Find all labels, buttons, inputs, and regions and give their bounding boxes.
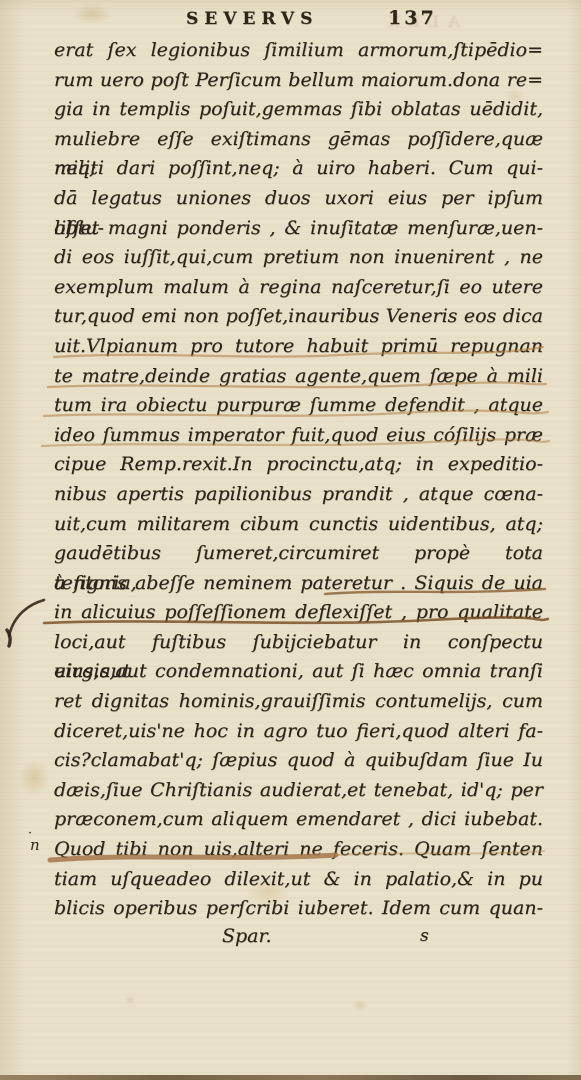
text-line-2: rum uero poſt Perſicum bellum maiorum.do…: [54, 66, 543, 96]
text-line-14: ideo ſummus imperator fuit,quod eius cóſ…: [54, 421, 543, 451]
signature-mark: s: [420, 926, 429, 946]
text-line-23: ret dignitas hominis,grauiſſimis contume…: [54, 687, 543, 717]
text-line-18: gaudētibus ſumeret,circumiret propè tota…: [54, 539, 543, 569]
text-block: erat ſex legionibus ſimilium armorum,ſti…: [54, 36, 543, 924]
text-line-29: tiam uſqueadeo dilexit,ut & in palatio,&…: [54, 865, 543, 895]
page-bottom-edge: [0, 1075, 581, 1080]
text-line-3: gia in templis poſuit,gemmas ſibi oblata…: [54, 95, 543, 125]
text-line-15: cipue Remp.rexit.In procinctu,atq; in ex…: [54, 450, 543, 480]
text-line-9: exemplum malum à regina naſceretur,ſi eo…: [54, 273, 543, 303]
marginal-nota-letter: n: [30, 836, 40, 854]
running-title: SEVERVS: [186, 9, 318, 29]
catchword: Spar.: [222, 925, 272, 947]
text-line-10: tur,quod emi non poſſet,inauribus Veneri…: [54, 302, 543, 332]
text-line-7: liſſet magni ponderis , & inuſitatæ menſ…: [54, 214, 543, 244]
margin-comma: [7, 630, 10, 646]
text-line-24: diceret,uis'ne hoc in agro tuo fieri,quo…: [54, 717, 543, 747]
text-line-25: cis?clamabat'q; ſæpius quod à quibuſdam …: [54, 746, 543, 776]
text-line-13: tum ira obiectu purpuræ ſumme defendit ,…: [54, 391, 543, 421]
text-line-17: uit,cum militarem cibum cunctis uidentib…: [54, 510, 543, 540]
text-line-27: præconem,cum aliquem emendaret , dici iu…: [54, 805, 543, 835]
text-line-1: erat ſex legionibus ſimilium armorum,ſti…: [54, 36, 543, 66]
text-line-20: in alicuius poſſeſſionem deflexiſſet , p…: [54, 598, 543, 628]
text-line-11: uit.Vlpianum pro tutore habuit primū rep…: [54, 332, 543, 362]
margin-flourish: [9, 600, 44, 636]
text-line-8: di eos iuſſit,qui,cum pretium non inueni…: [54, 243, 543, 273]
text-line-19: à ſignis abeſſe neminem pateretur . Siqu…: [54, 569, 543, 599]
text-line-16: nibus apertis papilionibus prandit , atq…: [54, 480, 543, 510]
text-line-21: loci,aut fuſtibus ſubijciebatur in conſp…: [54, 628, 543, 658]
text-line-22: uirgis,aut condemnationi, aut ſi hæc omn…: [54, 657, 543, 687]
text-line-28: Quod tibi non uis,alteri ne feceris. Qua…: [54, 835, 543, 865]
text-line-4: muliebre eſſe exiſtimans gēmas poſſidere…: [54, 125, 543, 155]
text-line-30: blicis operibus perſcribi iuberet. Idem …: [54, 894, 543, 924]
text-line-6: dā legatus uniones duos uxori eius per i…: [54, 184, 543, 214]
text-line-12: te matre,deinde gratias agente,quem ſæpe…: [54, 362, 543, 392]
book-page: SEVERVS ALEX 137 erat ſex legionibus ſim…: [0, 0, 581, 1080]
text-line-26: dæis,ſiue Chriſtianis audierat,et teneba…: [54, 776, 543, 806]
page-number: 137: [388, 7, 437, 29]
text-line-5: militi dari poſſint,neq; à uiro haberi. …: [54, 154, 543, 184]
